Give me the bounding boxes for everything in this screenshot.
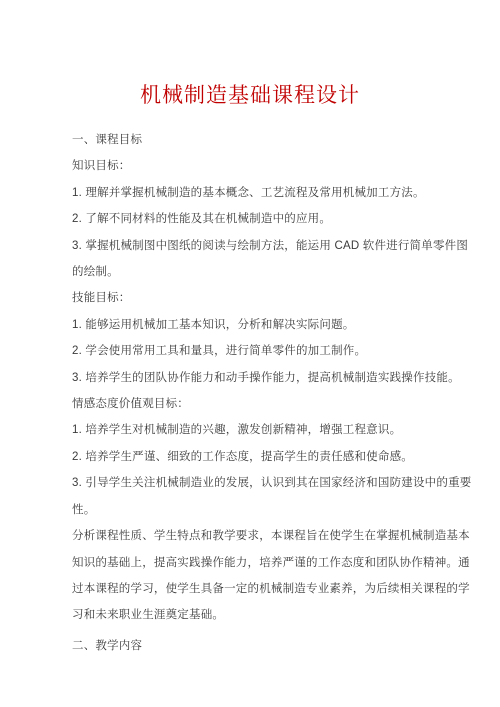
page-title: 机械制造基础课程设计 <box>0 81 500 110</box>
skill-goal-item-3: 3. 培养学生的团队协作能力和动手操作能力，提高机械制造实践操作技能。 <box>72 365 472 391</box>
course-analysis-paragraph: 分析课程性质、学生特点和教学要求，本课程旨在使学生在掌握机械制造基本 知识的基础… <box>72 523 472 629</box>
affective-goal-item-2: 2. 培养学生严谨、细致的工作态度，提高学生的责任感和使命感。 <box>72 444 472 470</box>
skill-goal-item-1: 1. 能够运用机械加工基本知识，分析和解决实际问题。 <box>72 312 472 338</box>
affective-goal-item-1: 1. 培养学生对机械制造的兴趣，激发创新精神，增强工程意识。 <box>72 417 472 443</box>
document-body: 一、课程目标 知识目标： 1. 理解并掌握机械制造的基本概念、工艺流程及常用机械… <box>0 127 500 659</box>
knowledge-goal-item-1: 1. 理解并掌握机械制造的基本概念、工艺流程及常用机械加工方法。 <box>72 180 472 206</box>
skill-goal-item-2: 2. 学会使用常用工具和量具，进行简单零件的加工制作。 <box>72 338 472 364</box>
skill-goals-label: 技能目标： <box>72 285 472 311</box>
knowledge-goal-item-3: 3. 掌握机械制图中图纸的阅读与绘制方法，能运用 CAD 软件进行简单零件图 的… <box>72 233 472 286</box>
document-page: 机械制造基础课程设计 一、课程目标 知识目标： 1. 理解并掌握机械制造的基本概… <box>0 0 500 707</box>
section-heading-teaching-content: 二、教学内容 <box>72 633 472 659</box>
section-heading-course-objectives: 一、课程目标 <box>72 127 472 153</box>
affective-goals-label: 情感态度价值观目标： <box>72 391 472 417</box>
affective-goal-item-3: 3. 引导学生关注机械制造业的发展，认识到其在国家经济和国防建设中的重要 性。 <box>72 470 472 523</box>
knowledge-goal-item-2: 2. 了解不同材料的性能及其在机械制造中的应用。 <box>72 206 472 232</box>
knowledge-goals-label: 知识目标： <box>72 153 472 179</box>
